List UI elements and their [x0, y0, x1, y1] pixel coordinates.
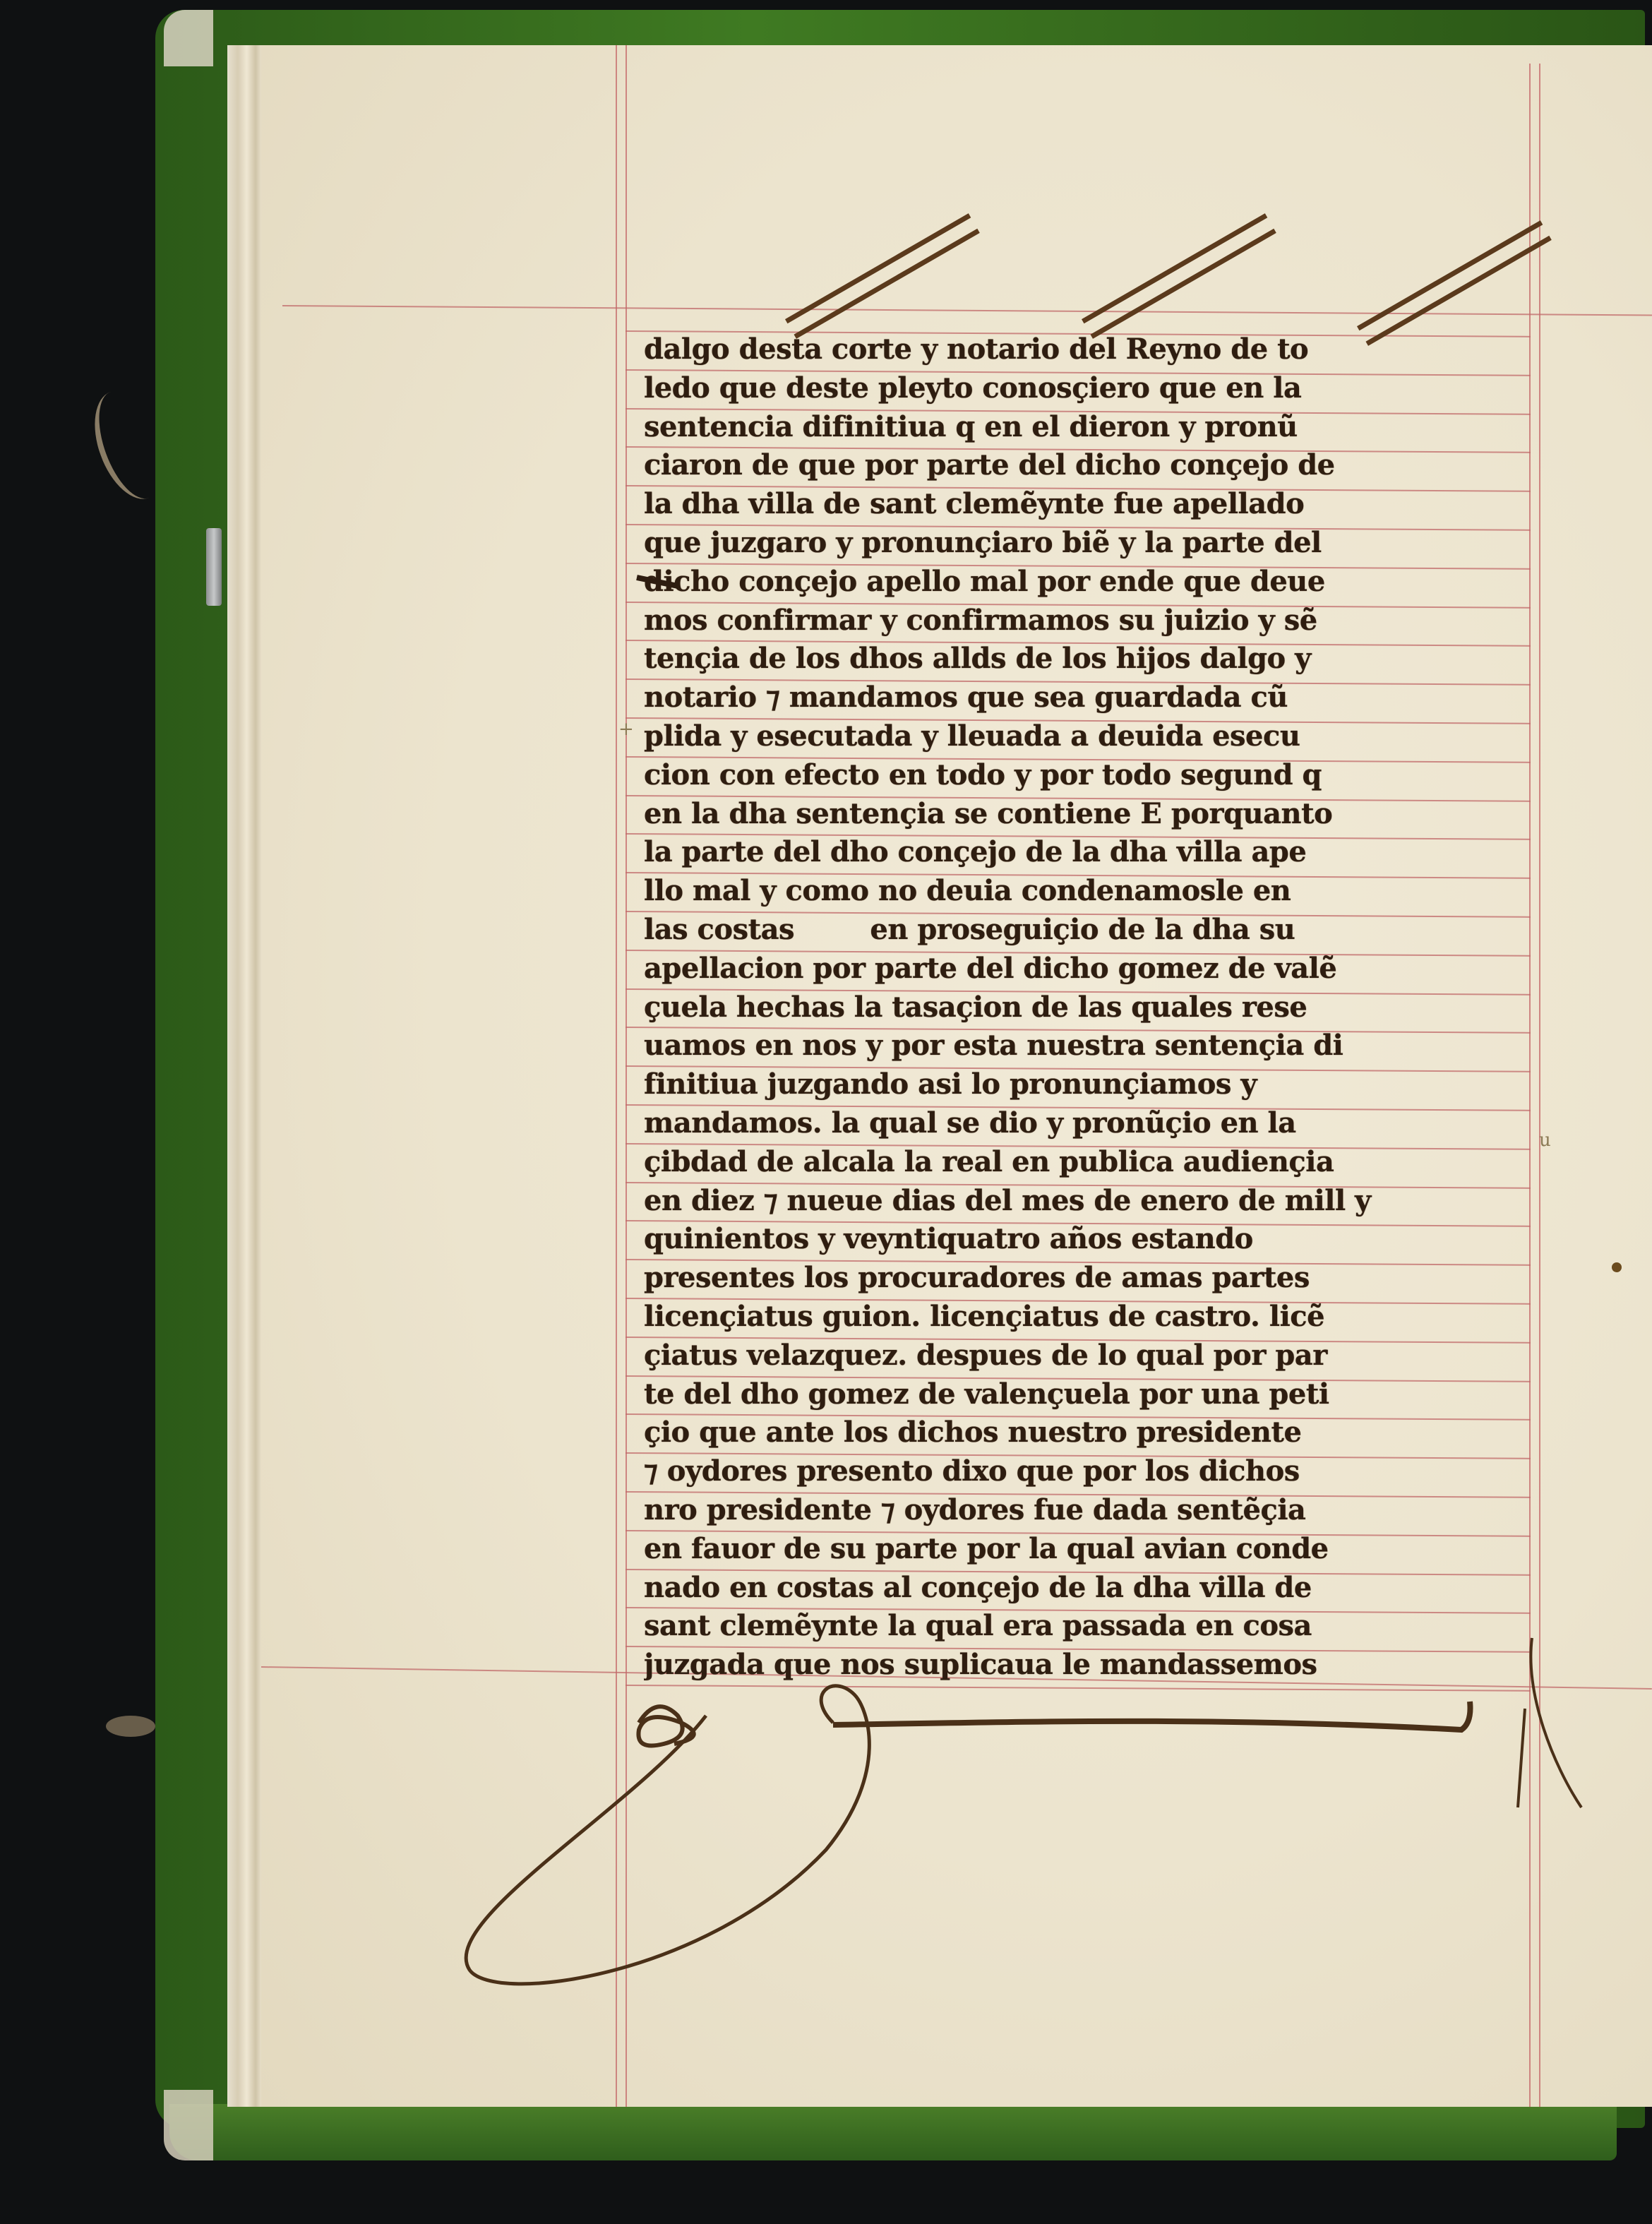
paraph-flourish-icon [0, 0, 1652, 2224]
